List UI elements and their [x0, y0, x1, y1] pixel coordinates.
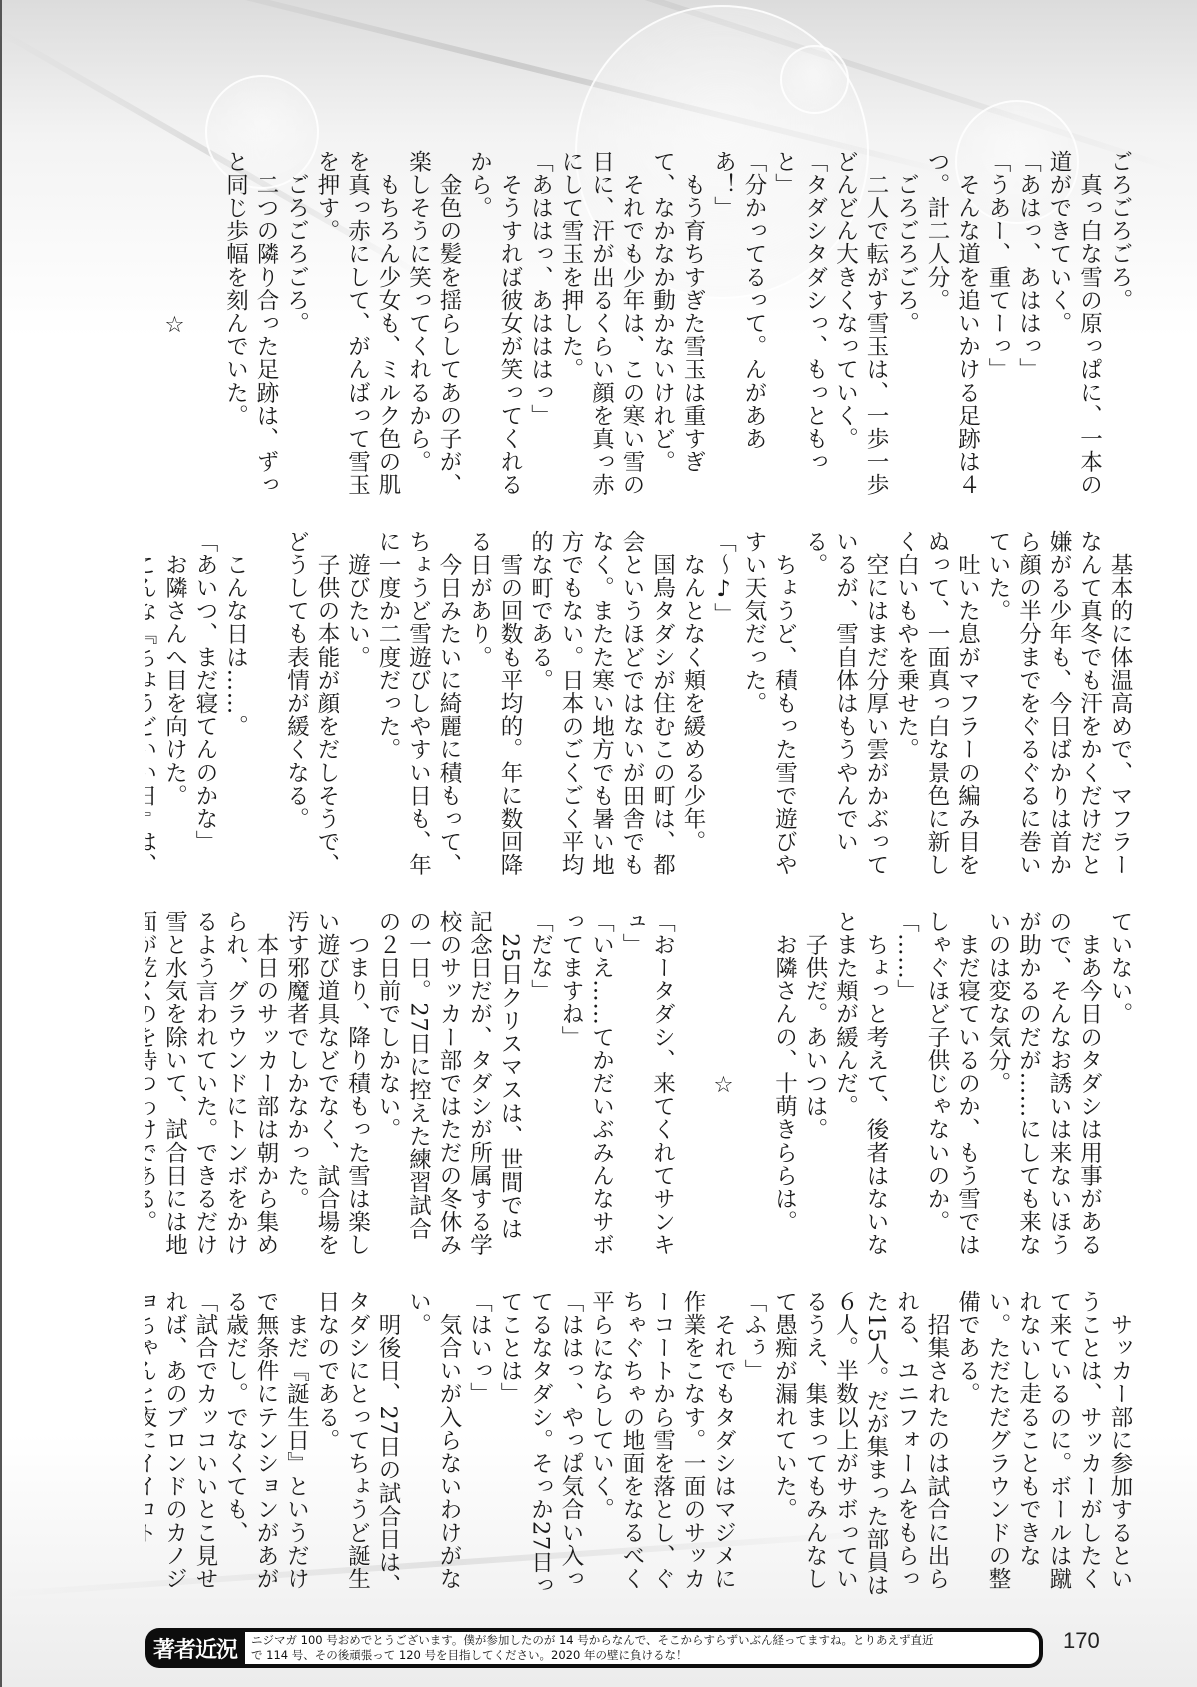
- paragraph: 国鳥タダシが住むこの町は、都会というほどではないが田舎でもなく。またた寒い地方で…: [525, 530, 678, 880]
- light-streak: [73, 0, 948, 175]
- paragraph: 遊びたい。: [342, 530, 373, 880]
- paragraph: 「ははっ、やっぱ気合い入ってるなタダシ。そっか27日ってことは」: [495, 1290, 587, 1600]
- paragraph: 「分かってるって。んがあああ！」: [708, 150, 769, 500]
- paragraph: まだ寝ているのか、もう雪ではしゃぐほど子供じゃないのか。: [922, 910, 983, 1260]
- paragraph: 「はいっ」: [464, 1290, 495, 1600]
- author-note-bar: 著者近況 ニジマガ 100 号おめでとうございます。僕が参加したのが 14 号か…: [145, 1628, 1043, 1668]
- paragraph: 「あはっ、あははっ」: [1013, 150, 1044, 500]
- text-tier-2: 基本的に体温高めで、マフラーなんて真冬でも汗をかくだけだと嫌がる少年も、今日ばか…: [145, 530, 1135, 880]
- paragraph: まだ『誕生日』というだけで無条件にテンションがあがる歳だし。でなくても、: [220, 1290, 312, 1600]
- paragraph: まあ今日のタダシは用事があるので、そんなお誘いは来ないほうが助かるのだが……にし…: [983, 910, 1105, 1260]
- author-note-line-2: で 114 号、その後頑張って 120 号を目指してください。2020 年の壁に…: [251, 1648, 1033, 1663]
- page-number: 170: [1063, 1628, 1100, 1654]
- left-edge-rule: [0, 0, 2, 1687]
- paragraph: 明後日、27日の試合日は、タダシにとってちょうど誕生日なのである。: [312, 1290, 404, 1600]
- blank-line: ​: [251, 530, 282, 880]
- paragraph: 気合いが入らないわけがない。: [403, 1290, 464, 1600]
- text-tier-4: サッカー部に参加するということは、サッカーがしたくて来ているのに。ボールは蹴れな…: [145, 1290, 1135, 1600]
- scene-break-star-icon: ☆: [159, 150, 190, 500]
- paragraph: 「あははっ、あはははっ」: [525, 150, 556, 500]
- text-tier-1: ごろごろごろ。 真っ白な雪の原っぱに、一本の道ができていく。 「あはっ、あははっ…: [145, 150, 1135, 500]
- paragraph: 本日のサッカー部は朝から集められ、グラウンドにトンボをかけるよう言われていた。で…: [145, 910, 281, 1260]
- paragraph: 今日みたいに綺麗に積もって、ちょうど雪遊びしやすい日も、年に一度か二度だった。: [373, 530, 465, 880]
- scene-break-star-icon: ☆: [708, 910, 739, 1260]
- author-note-line-1: ニジマガ 100 号おめでとうございます。僕が参加したのが 14 号からなんで、…: [251, 1633, 1033, 1648]
- paragraph: お隣さんの、十萌きららは。: [769, 910, 800, 1260]
- paragraph: ていない。: [1105, 910, 1136, 1260]
- author-note-box: ニジマガ 100 号おめでとうございます。僕が参加したのが 14 号からなんで、…: [245, 1632, 1039, 1664]
- paragraph: 二人で転がす雪玉は、一歩一歩どんどん大きくなっていく。: [830, 150, 891, 500]
- text-tier-3: ていない。 まあ今日のタダシは用事があるので、そんなお誘いは来ないほうが助かるの…: [145, 910, 1135, 1260]
- paragraph: それでも少年は、この寒い雪の日に、汗が出るくらい顔を真っ赤にして雪玉を押した。: [556, 150, 648, 500]
- blank-line: ​: [145, 150, 159, 500]
- paragraph: お隣さんへ目を向けた。: [159, 530, 190, 880]
- paragraph: つまり、降り積もった雪は楽しい遊び道具などでなく、試合場を汚す邪魔者でしかなかっ…: [281, 910, 373, 1260]
- paragraph: 「タダシタダシっ、もっともっと」: [769, 150, 830, 500]
- paragraph: そんな道を追いかける足跡は４つ。計二人分。: [922, 150, 983, 500]
- paragraph: なんとなく頬を緩める少年。: [678, 530, 709, 880]
- paragraph: 基本的に体温高めで、マフラーなんて真冬でも汗をかくだけだと嫌がる少年も、今日ばか…: [983, 530, 1136, 880]
- paragraph: 「ふぅ」: [739, 1290, 770, 1600]
- light-streak: [272, 0, 1177, 173]
- paragraph: ごろごろごろ。: [891, 150, 922, 500]
- blank-line: ​: [190, 150, 221, 500]
- blank-line: ​: [678, 910, 709, 1260]
- paragraph: 「試合でカッコいいとこ見せれば、あのブロンドのカノジョちゃんと夜にイイコト……っ…: [145, 1290, 220, 1600]
- author-note-label: 著者近況: [145, 1633, 245, 1664]
- paragraph: そうすれば彼女が笑ってくれるから。: [464, 150, 525, 500]
- paragraph: こんな『ちょうどいい日』は、いつもならあいつからの電話で始まる。「タダシ雪積もっ…: [145, 530, 159, 880]
- paragraph: 招集されたのは試合に出られる、ユニフォームをもらった15人。だが集まった部員は６…: [769, 1290, 952, 1600]
- paragraph: 二つの隣り合った足跡は、ずっと同じ歩幅を刻んでいた。: [220, 150, 281, 500]
- paragraph: それでもタダシはマジメに作業をこなす。一面のサッカーコートから雪を落とし、ぐちゃ…: [586, 1290, 739, 1600]
- paragraph: 25日クリスマスは、世間では記念日だが、タダシが所属する学校のサッカー部ではただ…: [373, 910, 526, 1260]
- paragraph: 雪の回数も平均的。年に数回降る日があり。: [464, 530, 525, 880]
- blank-line: ​: [739, 910, 770, 1260]
- paragraph: 真っ白な雪の原っぱに、一本の道ができていく。: [1044, 150, 1105, 500]
- paragraph: 吐いた息がマフラーの編み目をぬって、一面真っ白な景色に新しく白いもやを乗せた。: [891, 530, 983, 880]
- paragraph: サッカー部に参加するということは、サッカーがしたくて来ているのに。ボールは蹴れな…: [952, 1290, 1135, 1600]
- paragraph: 「あいつ、まだ寝てんのかな」: [190, 530, 221, 880]
- paragraph: 金色の髪を揺らしてあの子が、楽しそうに笑ってくれるから。: [403, 150, 464, 500]
- bubble-decoration: [780, 45, 849, 114]
- paragraph: 「いえ……てかだいぶみんなサボってますね」: [556, 910, 617, 1260]
- paragraph: 「おータダシ、来てくれてサンキュ」: [617, 910, 678, 1260]
- paragraph: ごろごろごろ。: [281, 150, 312, 500]
- paragraph: こんな日は……。: [220, 530, 251, 880]
- paragraph: ちょっと考えて、後者はないなとまた頬が緩んだ。: [830, 910, 891, 1260]
- paragraph: もちろん少女も、ミルク色の肌を真っ赤にして、がんばって雪玉を押す。: [312, 150, 404, 500]
- paragraph: ちょうど、積もった雪で遊びやすい天気だった。: [739, 530, 800, 880]
- paragraph: 子供の本能が顔をだしそうで、どうしても表情が緩くなる。: [281, 530, 342, 880]
- paragraph: 「〜♪」: [708, 530, 739, 880]
- paragraph: 「うあー、重てーっ」: [983, 150, 1014, 500]
- paragraph: 空にはまだ分厚い雲がかぶっているが、雪自体はもうやんでいる。: [800, 530, 892, 880]
- paragraph: 「……」: [891, 910, 922, 1260]
- paragraph: ごろごろごろ。: [1105, 150, 1136, 500]
- paragraph: 子供だ。あいつは。: [800, 910, 831, 1260]
- paragraph: 「だな」: [525, 910, 556, 1260]
- paragraph: もう育ちすぎた雪玉は重すぎて、なかなか動かないけれど。: [647, 150, 708, 500]
